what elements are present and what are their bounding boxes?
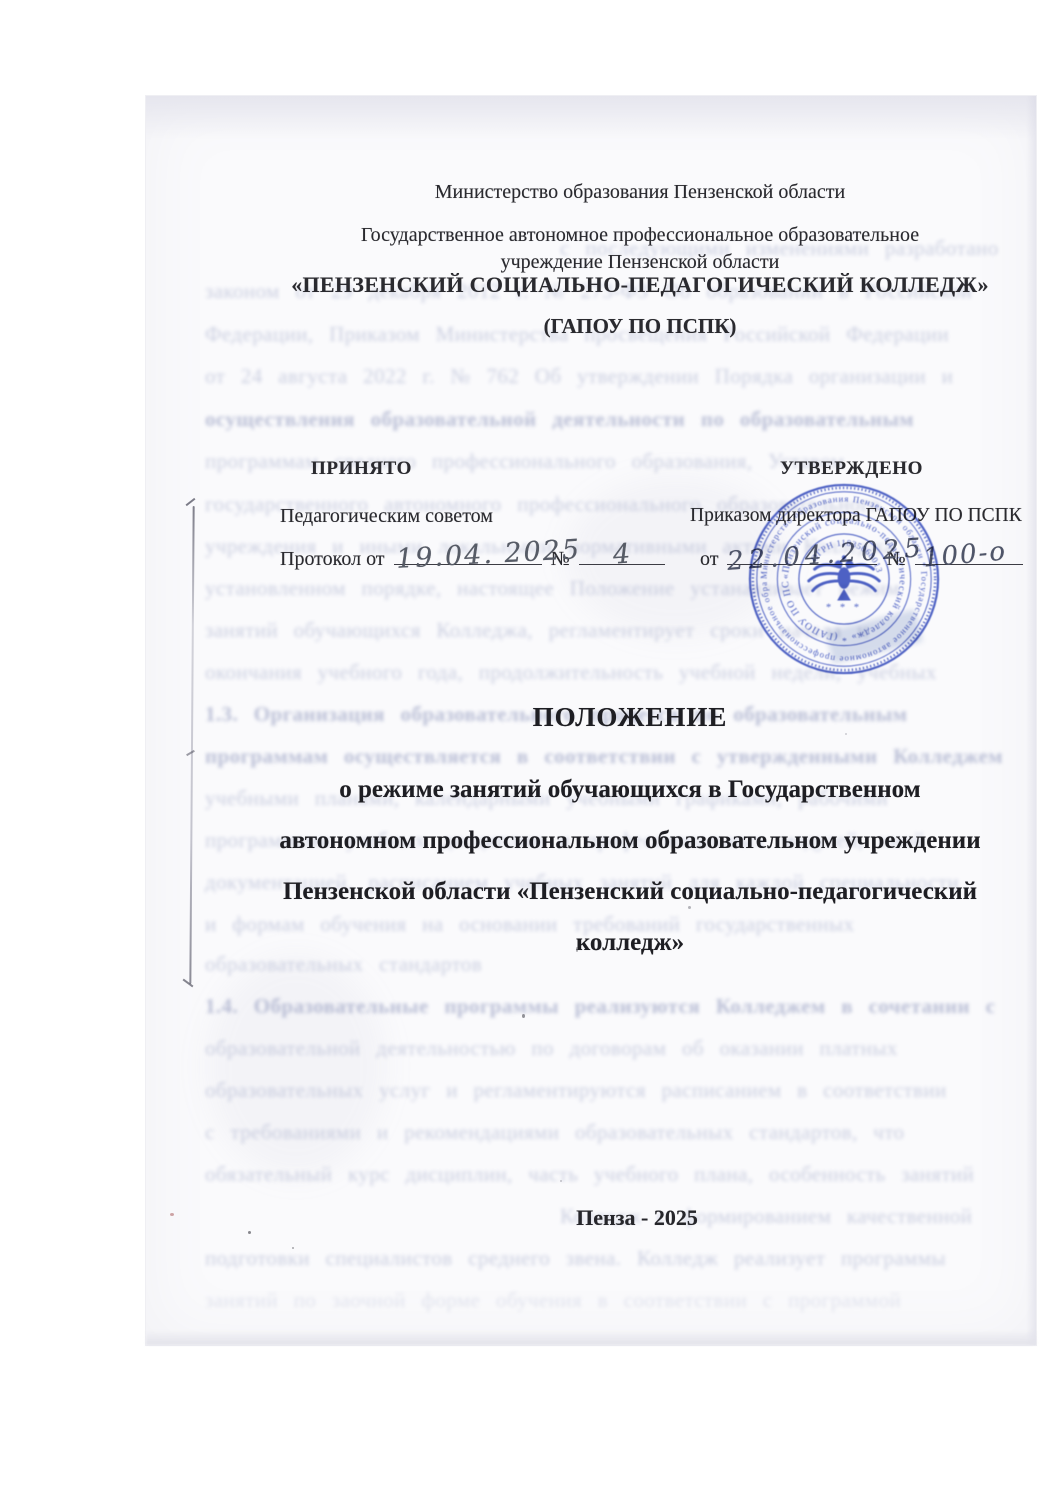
subtitle-line: автономном профессиональном образователь… (185, 815, 1058, 866)
protocol-number-handwriting: 4 (612, 538, 631, 570)
double-headed-eagle-icon (809, 555, 880, 600)
protocol-no-sign: № (551, 548, 570, 570)
subtitle-line: о режиме занятий обучающихся в Государст… (185, 764, 1058, 815)
dust-speck (576, 947, 578, 952)
ghost-line: подготовки специалистов среднего звена. … (205, 1246, 1015, 1271)
organization-name: «ПЕНЗЕНСКИЙ СОЦИАЛЬНО-ПЕДАГОГИЧЕСКИЙ КОЛ… (190, 272, 1058, 298)
ghost-line: обязательный курс дисциплин, часть учебн… (205, 1162, 1015, 1187)
dust-speck (688, 906, 691, 909)
scan-top-shadow (146, 96, 1036, 140)
accepted-by: Педагогическим советом (280, 505, 493, 528)
order-date-label: от (700, 548, 718, 570)
scan-bottom-edge (146, 1330, 1036, 1345)
ghost-line: образовательной деятельностью по договор… (205, 1036, 1015, 1061)
organization-abbreviation: (ГАПОУ ПО ПСПК) (190, 314, 1058, 339)
ghost-line: от 24 августа 2022 г. № 762 Об утвержден… (205, 364, 1015, 389)
dust-speck (522, 1014, 525, 1018)
city-year-line: Пенза - 2025 (192, 1205, 1058, 1231)
ghost-line: образовательных услуг и регламентируются… (205, 1078, 1015, 1103)
ghost-line: занятий по заочной форме обучения в соот… (205, 1288, 905, 1313)
protocol-line: Протокол от 19.04. 2025 № 4 (280, 540, 669, 571)
document-subtitle: о режиме занятий обучающихся в Государст… (185, 764, 1058, 968)
scanned-document-page: { "document": { "ministry": "Министерств… (0, 0, 1058, 1497)
ministry-line: Министерство образования Пензенской обла… (190, 179, 1058, 206)
ghost-line: осуществления образовательной деятельнос… (205, 407, 1015, 432)
protocol-date-field: 19.04. 2025 (394, 540, 542, 565)
protocol-number-field: 4 (579, 540, 665, 565)
stamp-stars: * * * (826, 601, 862, 613)
organization-lines: Государственное автономное профессиональ… (190, 222, 1058, 276)
organization-line-1: Государственное автономное профессиональ… (190, 222, 1058, 249)
dust-speck (560, 1180, 562, 1182)
subtitle-line: Пензенской области «Пензенский социально… (185, 866, 1058, 917)
dust-speck (248, 1231, 251, 1234)
approved-heading: УТВЕРЖДЕНО (780, 458, 923, 480)
dust-speck (845, 733, 847, 735)
protocol-label: Протокол от (280, 548, 385, 570)
ghost-line: с требованиями и рекомендациями образова… (205, 1120, 1015, 1145)
subtitle-line: колледж» (185, 917, 1058, 968)
dust-speck (292, 1247, 294, 1249)
dust-speck (170, 1213, 174, 1216)
ghost-line: 1.4. Образовательные программы реализуют… (205, 994, 1015, 1019)
accepted-heading: ПРИНЯТО (311, 458, 412, 480)
document-title: ПОЛОЖЕНИЕ (185, 702, 1058, 733)
